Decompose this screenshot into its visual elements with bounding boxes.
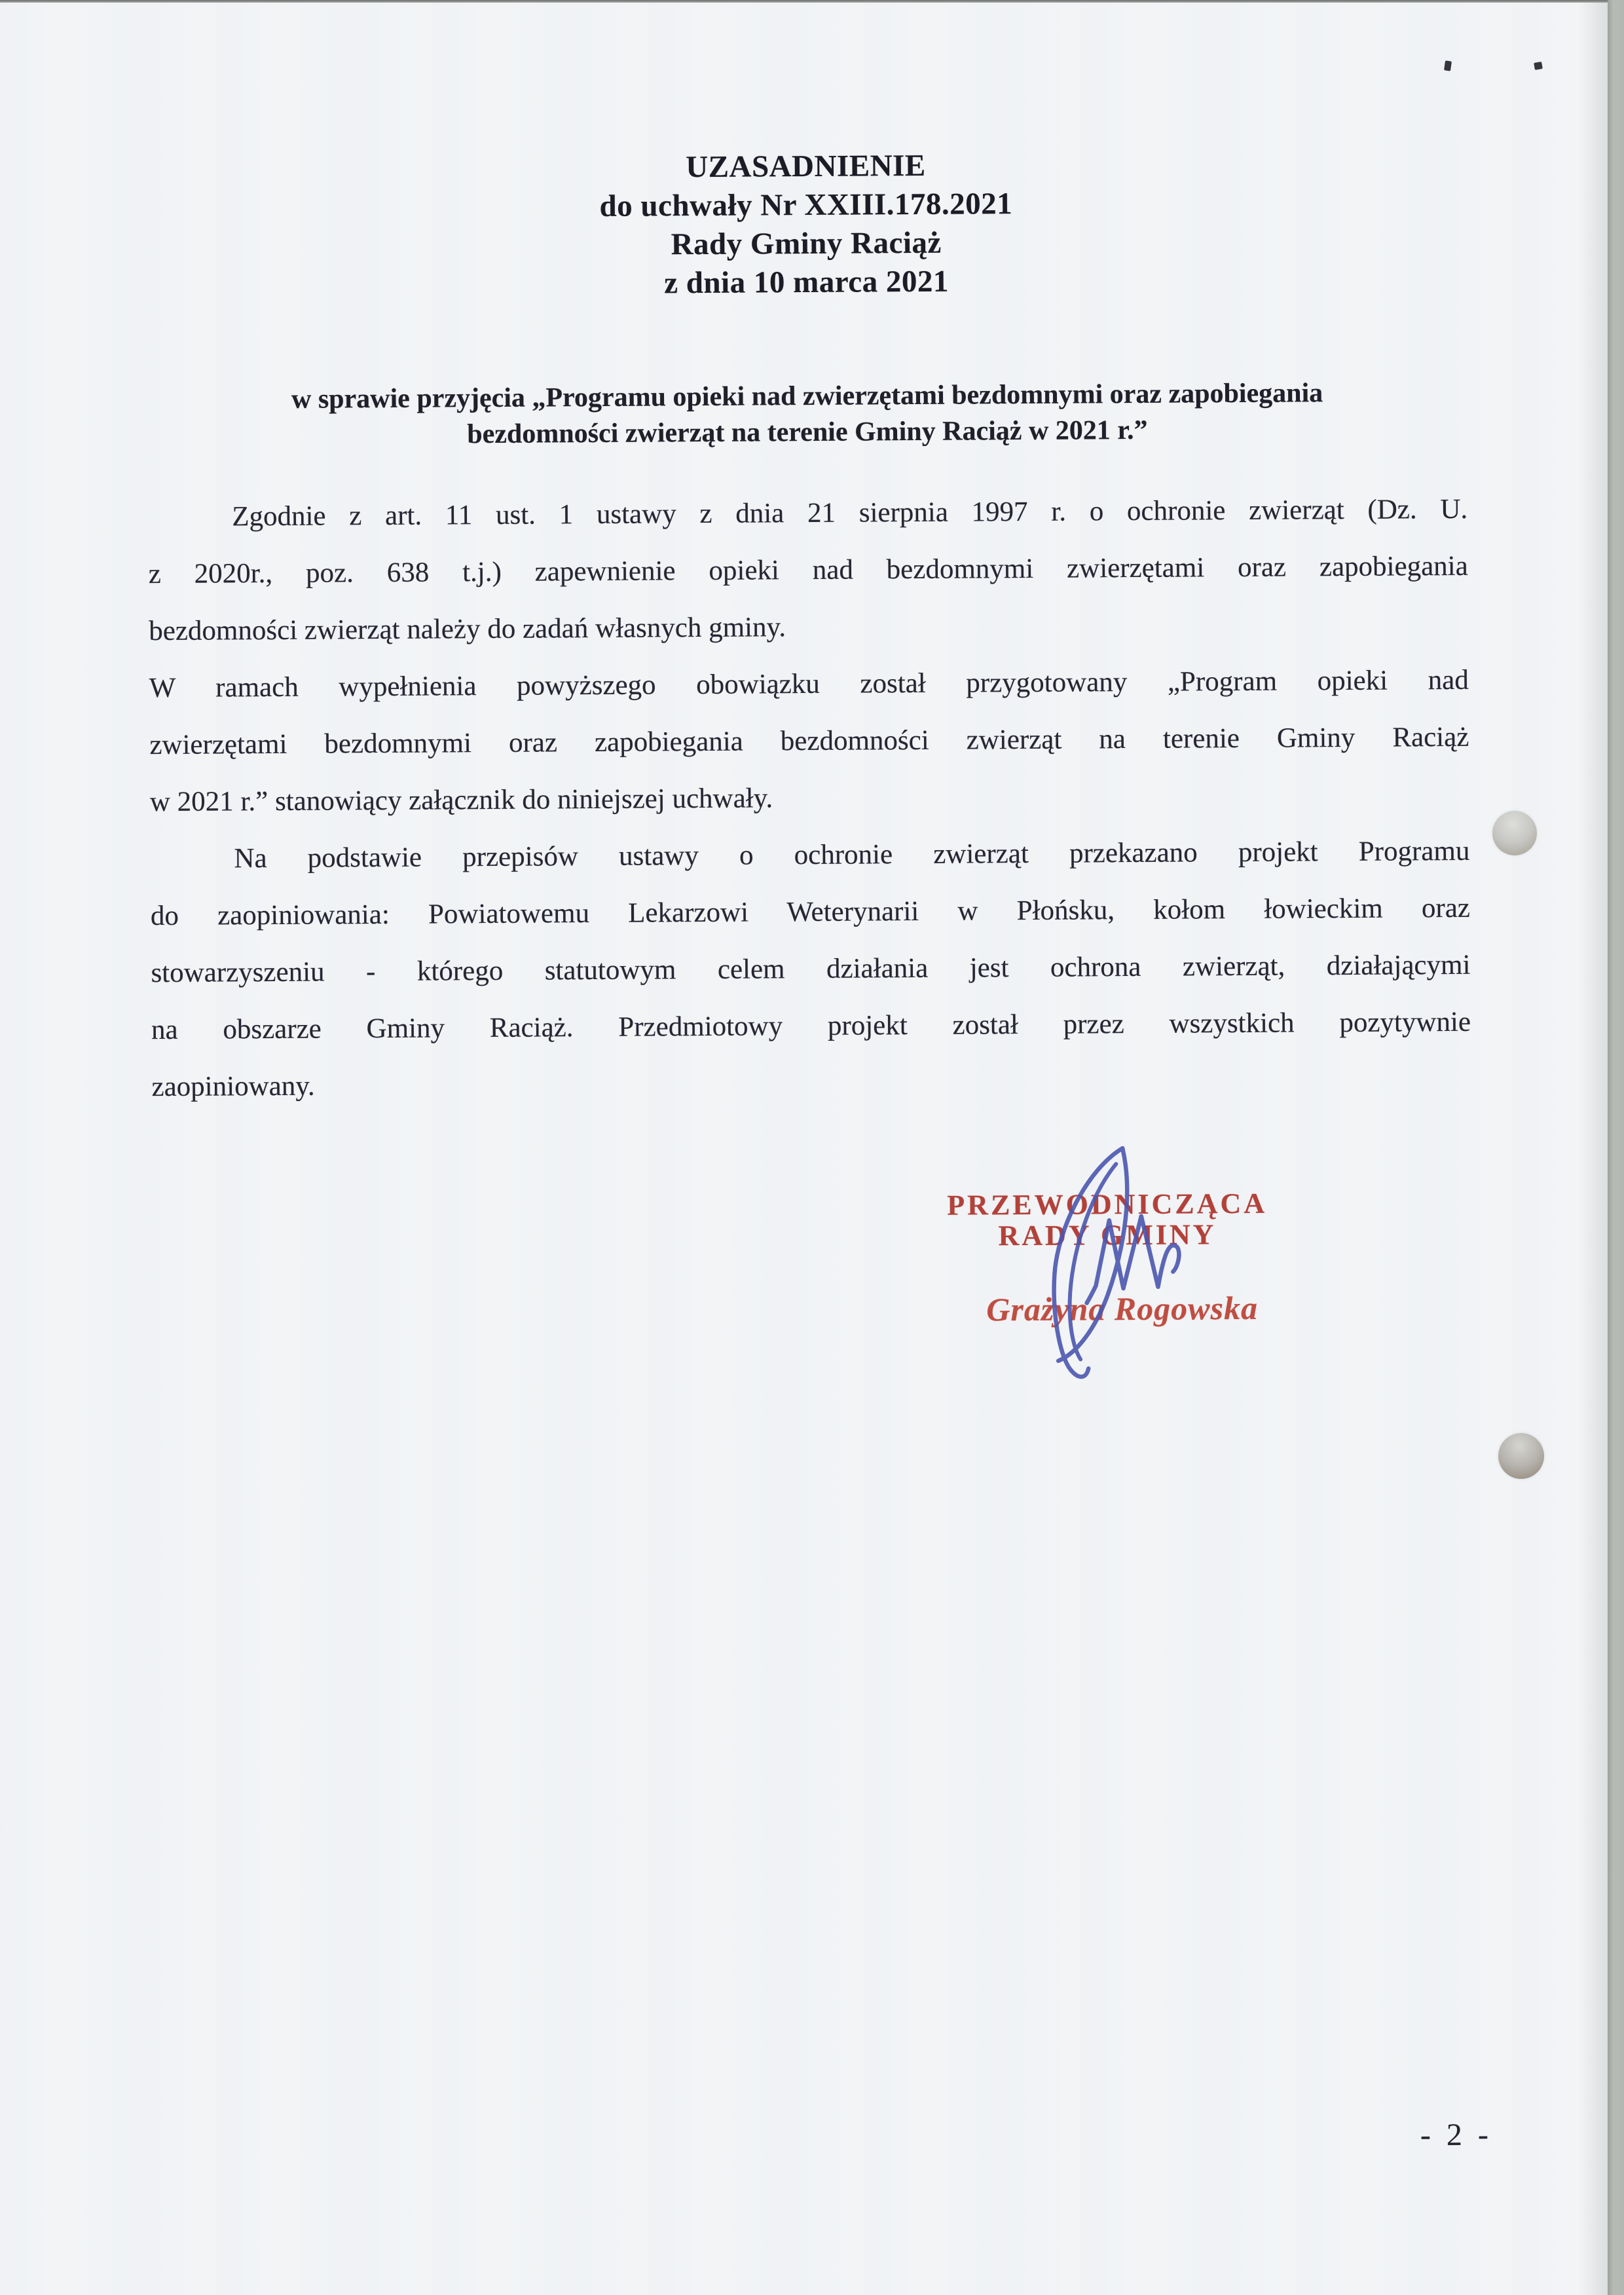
body-line: w 2021 r.” stanowiący załącznik do ninie… [150,766,1469,830]
body-line: Zgodnie z art. 11 ust. 1 ustawy z dnia 2… [148,481,1467,546]
scan-speck-icon [1444,60,1452,71]
punch-hole-icon [1492,811,1537,855]
handwritten-signature-icon [1023,1136,1299,1400]
page-number: - 2 - [1382,2116,1530,2153]
subject-block: w sprawie przyjęcia „Programu opieki nad… [147,375,1467,455]
body-line: stowarzyszeniu - którego statutowym cele… [151,937,1470,1001]
signature-stroke [1086,1216,1179,1303]
scanned-page: { "header": { "title": "UZASADNIENIE", "… [0,0,1624,2295]
punch-hole-icon [1498,1433,1544,1479]
body-line: na obszarze Gminy Raciąż. Przedmiotowy p… [151,994,1471,1058]
body-line: do zaopiniowania: Powiatowemu Lekarzowi … [151,880,1470,944]
title-block: UZASADNIENIE do uchwały Nr XXIII.178.202… [146,143,1466,306]
body-line: z 2020r., poz. 638 t.j.) zapewnienie opi… [149,538,1468,603]
body-line: zwierzętami bezdomnymi oraz zapobiegania… [149,709,1469,774]
signature-stroke [1053,1148,1124,1377]
body-line: bezdomności zwierząt należy do zadań wła… [149,595,1468,660]
document-content: UZASADNIENIE do uchwały Nr XXIII.178.202… [0,0,1624,2295]
scan-speck-icon [1534,62,1543,70]
resolution-date: z dnia 10 marca 2021 [147,259,1466,306]
body-line: Na podstawie przepisów ustawy o ochronie… [150,823,1469,887]
body-line: W ramach wypełnienia powyższego obowiązk… [149,652,1469,717]
body-text: Zgodnie z art. 11 ust. 1 ustawy z dnia 2… [148,481,1471,1115]
body-line: zaopiniowany. [151,1051,1471,1115]
